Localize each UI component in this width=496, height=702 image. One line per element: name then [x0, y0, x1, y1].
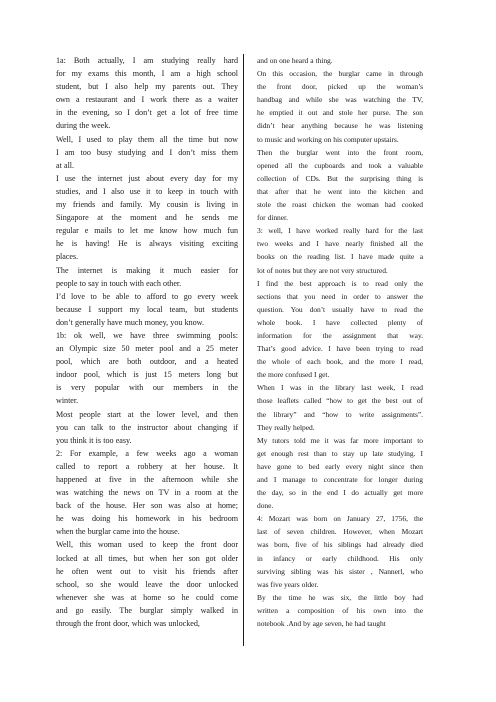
text-line: whole book. I have collected plenty of	[257, 316, 423, 329]
text-line: the whole of each book, and the more I r…	[257, 355, 423, 368]
paragraph: Well, this woman used to keep the front …	[56, 538, 238, 630]
text-line: They really helped.	[257, 421, 423, 434]
paragraph: I use the internet just about every day …	[56, 172, 238, 264]
text-line: stole the roast chicken the woman had co…	[257, 198, 423, 211]
paragraph: Most people start at the lower level, an…	[56, 408, 238, 447]
text-line: notebook .And by age seven, he had taugh…	[257, 617, 423, 630]
text-line: called to report a robbery at her house.…	[56, 460, 238, 473]
text-line: through the front door, which was unlock…	[56, 617, 238, 630]
text-line: he often went out to visit his friends a…	[56, 565, 238, 578]
text-line: an Olympic size 50 meter pool and a 25 m…	[56, 342, 238, 355]
text-line: Well, I used to play them all the time b…	[56, 133, 238, 146]
text-line: because I support my local team, but stu…	[56, 303, 238, 316]
text-line: regular e mails to let me know how much …	[56, 224, 238, 237]
text-line: have gone to bed early every night since…	[257, 460, 423, 473]
text-line: 3: well, I have worked really hard for t…	[257, 224, 423, 237]
text-line: collection of CDs. But the surprising th…	[257, 172, 423, 185]
text-line: Then the burglar went into the front roo…	[257, 146, 423, 159]
text-line: lot of notes but they are not very struc…	[257, 264, 423, 277]
paragraph: When I was in the library last week, I r…	[257, 381, 423, 433]
text-line: last of seven children. However, when Mo…	[257, 525, 423, 538]
text-line: back of the house. Her son was also at h…	[56, 499, 238, 512]
text-line: happened at five in the afternoon while …	[56, 473, 238, 486]
text-line: By the time he was six, the little boy h…	[257, 591, 423, 604]
text-line: I find the best approach is to read only…	[257, 277, 423, 290]
text-line: the library” and “how to write assignmen…	[257, 408, 423, 421]
text-line: question. You don’t usually have to read…	[257, 303, 423, 316]
text-line: those leaflets called “how to get the be…	[257, 394, 423, 407]
text-line: when the burglar came into the house.	[56, 525, 238, 538]
text-line: is very popular with our members in the	[56, 381, 238, 394]
text-line: 1b: ok well, we have three swimming pool…	[56, 329, 238, 342]
paragraph: On this occasion, the burglar came in th…	[257, 67, 423, 146]
text-line: for my exams this month, I am a high sch…	[56, 67, 238, 80]
paragraph: By the time he was six, the little boy h…	[257, 591, 423, 630]
text-line: That’s good advice. I have been trying t…	[257, 342, 423, 355]
text-line: I am too busy studying and I don’t miss …	[56, 146, 238, 159]
text-line: and I manage to concentrate for longer d…	[257, 473, 423, 486]
text-line: surviving sibling was his sister , Nanne…	[257, 565, 423, 578]
paragraph: Then the burglar went into the front roo…	[257, 146, 423, 225]
text-line: he is having! He is always visiting exci…	[56, 237, 238, 250]
text-line: was born, five of his siblings had alrea…	[257, 538, 423, 551]
text-line: written a composition of his own into th…	[257, 604, 423, 617]
text-line: locked at all times, but when her son go…	[56, 552, 238, 565]
text-line: own a restaurant and I work there as a w…	[56, 93, 238, 106]
text-line: whenever she was at home so he could com…	[56, 591, 238, 604]
text-line: Most people start at the lower level, an…	[56, 408, 238, 421]
text-line: in the evening, so I don’t get a lot of …	[56, 106, 238, 119]
text-line: that after that he went into the kitchen…	[257, 185, 423, 198]
text-line: winter.	[56, 394, 238, 407]
text-line: I use the internet just about every day …	[56, 172, 238, 185]
text-line: and on one heard a thing.	[257, 54, 423, 67]
text-line: 4: Mozart was born on January 27, 1756, …	[257, 512, 423, 525]
paragraph: My tutors told me it was far more import…	[257, 434, 423, 513]
text-line: 2: For example, a few weeks ago a woman	[56, 447, 238, 460]
text-line: for dinner.	[257, 211, 423, 224]
right-text-column: and on one heard a thing.On this occasio…	[257, 54, 423, 630]
paragraph: I find the best approach is to read only…	[257, 277, 423, 382]
text-line: pool, which are both outdoor, and a heat…	[56, 355, 238, 368]
text-line: sections that you need in order to answe…	[257, 290, 423, 303]
left-text-column: 1a: Both actually, I am studying really …	[56, 54, 238, 630]
text-line: during the week.	[56, 119, 238, 132]
text-line: done.	[257, 499, 423, 512]
text-line: the day, so in the end I do actually get…	[257, 486, 423, 499]
text-line: places.	[56, 250, 238, 263]
text-line: and go easily. The burglar simply walked…	[56, 604, 238, 617]
paragraph: 2: For example, a few weeks ago a womanc…	[56, 447, 238, 539]
text-line: you can talk to the instructor about cha…	[56, 421, 238, 434]
text-line: When I was in the library last week, I r…	[257, 381, 423, 394]
text-line: Singapore at the moment and he sends me	[56, 211, 238, 224]
text-line: don’t generally have much money, you kno…	[56, 316, 238, 329]
text-line: the more confused I get.	[257, 368, 423, 381]
text-line: my friends and family. My cousin is livi…	[56, 198, 238, 211]
text-line: at all.	[56, 159, 238, 172]
text-line: didn’t hear anything because he was list…	[257, 119, 423, 132]
text-line: was five years older.	[257, 578, 423, 591]
text-line: 1a: Both actually, I am studying really …	[56, 54, 238, 67]
paragraph: The internet is making it much easier fo…	[56, 264, 238, 290]
text-line: opened all the cupboards and took a valu…	[257, 159, 423, 172]
text-line: handbag and while she was watching the T…	[257, 93, 423, 106]
text-line: student, but I also help my parents out.…	[56, 80, 238, 93]
text-line: Well, this woman used to keep the front …	[56, 538, 238, 551]
text-line: to music and working on his computer ups…	[257, 133, 423, 146]
text-line: The internet is making it much easier fo…	[56, 264, 238, 277]
text-line: was watching the news on TV in a room at…	[56, 486, 238, 499]
paragraph: 1a: Both actually, I am studying really …	[56, 54, 238, 133]
text-line: people to say in touch with each other.	[56, 277, 238, 290]
text-line: indoor pool, which is just 15 meters lon…	[56, 368, 238, 381]
text-line: On this occasion, the burglar came in th…	[257, 67, 423, 80]
scanned-document-page: 1a: Both actually, I am studying really …	[0, 0, 496, 702]
paragraph: 4: Mozart was born on January 27, 1756, …	[257, 512, 423, 591]
text-line: the front door, picked up the woman’s	[257, 80, 423, 93]
column-divider-rule	[243, 54, 244, 646]
text-line: school, so she would leave the door unlo…	[56, 578, 238, 591]
paragraph: I’d love to be able to afford to go ever…	[56, 290, 238, 329]
text-line: get enough rest than to stay up late stu…	[257, 447, 423, 460]
text-line: books on the reading list. I have made q…	[257, 250, 423, 263]
text-line: My tutors told me it was far more import…	[257, 434, 423, 447]
text-line: he emptied it out and stole her purse. T…	[257, 106, 423, 119]
text-line: in infancy or early childhood. His only	[257, 552, 423, 565]
paragraph: 1b: ok well, we have three swimming pool…	[56, 329, 238, 408]
text-line: two weeks and I have nearly finished all…	[257, 237, 423, 250]
text-line: information for the assignment that way.	[257, 329, 423, 342]
text-line: studies, and I also use it to keep in to…	[56, 185, 238, 198]
paragraph: and on one heard a thing.	[257, 54, 423, 67]
paragraph: Well, I used to play them all the time b…	[56, 133, 238, 172]
text-line: he was doing his homework in his bedroom	[56, 512, 238, 525]
text-line: you think it is too easy.	[56, 434, 238, 447]
text-line: I’d love to be able to afford to go ever…	[56, 290, 238, 303]
paragraph: 3: well, I have worked really hard for t…	[257, 224, 423, 276]
